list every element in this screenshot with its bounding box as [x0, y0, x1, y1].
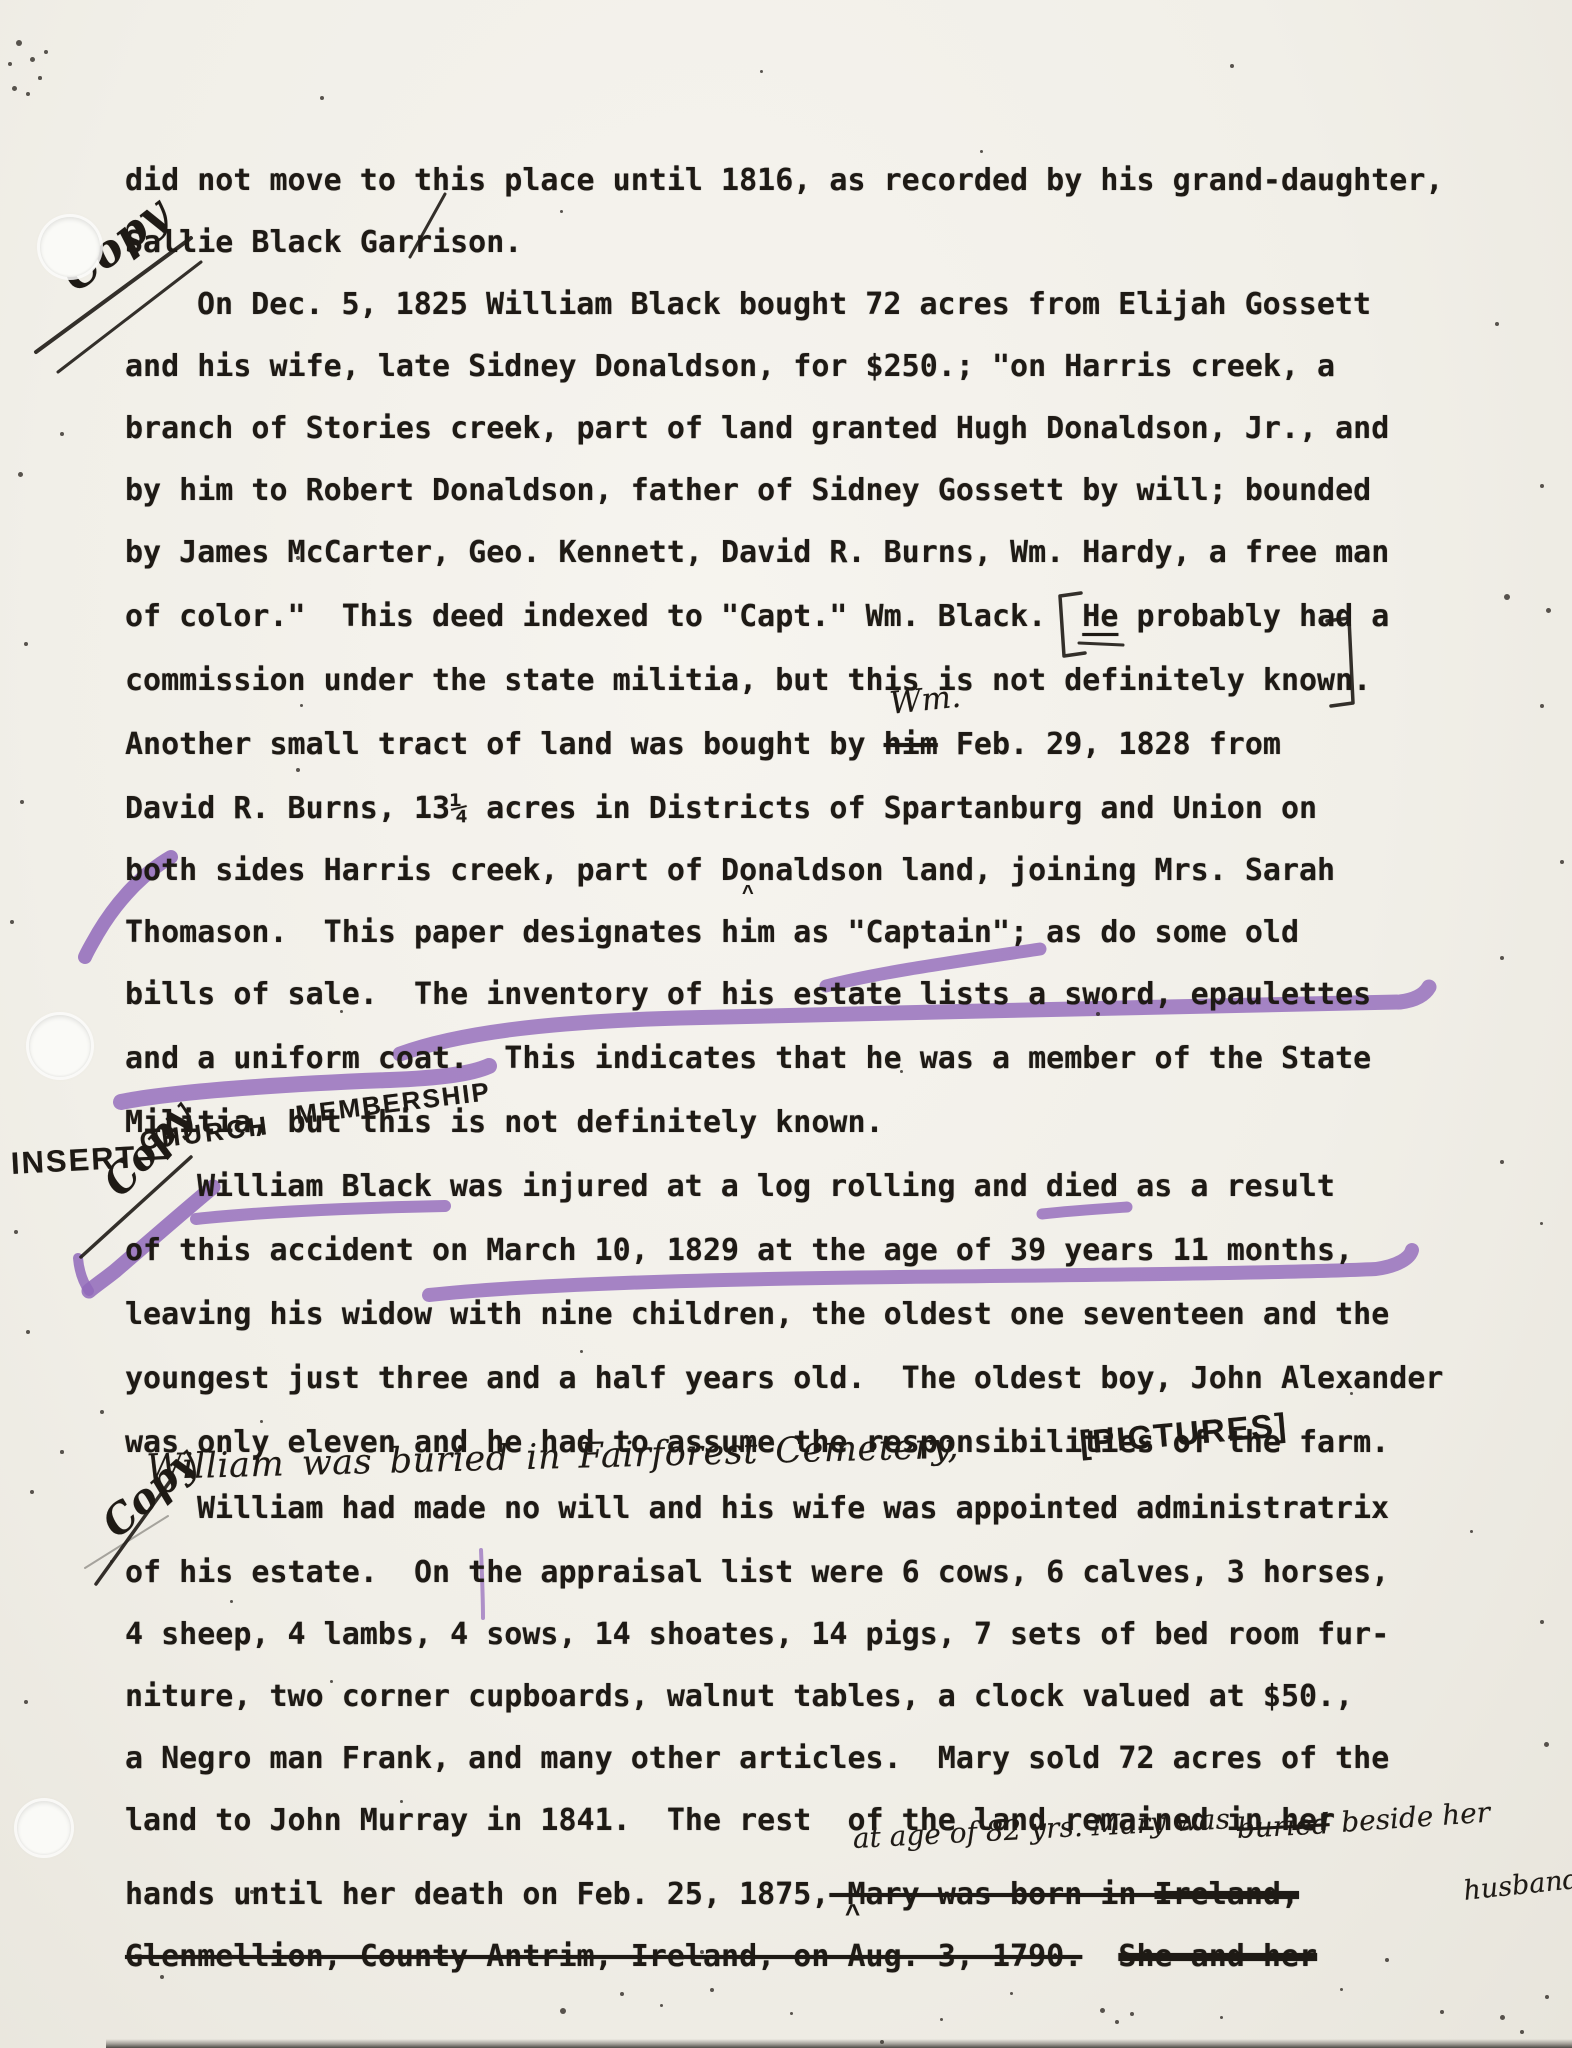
- beside-note: beside her: [1340, 1796, 1491, 1839]
- toner-speck: [1010, 1992, 1013, 1995]
- toner-speck: [1544, 1742, 1549, 1747]
- toner-speck: [18, 472, 23, 477]
- toner-speck: [1504, 594, 1510, 600]
- typed-segment-strike: Mary was born in: [829, 1877, 1154, 1912]
- toner-speck: [1340, 1988, 1343, 1991]
- typed-line-23: of his estate. On the appraisal list wer…: [125, 1554, 1389, 1592]
- toner-speck: [1540, 1620, 1544, 1624]
- typed-segment: leaving his widow with nine children, th…: [125, 1297, 1389, 1332]
- caret-him-as: ^: [742, 882, 754, 905]
- typed-segment: by James McCarter, Geo. Kennett, David R…: [125, 535, 1389, 570]
- toner-speck: [100, 1410, 104, 1414]
- toner-speck: [110, 1560, 113, 1563]
- toner-speck: [900, 1070, 903, 1073]
- typed-line-18: of this accident on March 10, 1829 at th…: [125, 1232, 1353, 1270]
- toner-speck: [1230, 64, 1234, 68]
- typed-segment: William Black was injured at a log rolli…: [197, 1169, 1335, 1204]
- toner-speck: [1540, 704, 1544, 708]
- typed-segment: 4 sheep, 4 lambs, 4 sows, 14 shoates, 14…: [125, 1617, 1389, 1652]
- typed-segment: a Negro man Frank, and many other articl…: [125, 1741, 1389, 1776]
- typed-line-9: commission under the state militia, but …: [125, 662, 1371, 700]
- typed-segment: niture, two corner cupboards, walnut tab…: [125, 1679, 1353, 1714]
- toner-speck: [250, 1890, 254, 1894]
- toner-speck: [20, 800, 24, 804]
- typed-segment: commission under the state militia, but …: [125, 663, 1371, 698]
- typed-segment: and a uniform coat. This indicates that …: [125, 1041, 1371, 1076]
- toner-speck: [16, 40, 22, 46]
- typed-segment: [1082, 1939, 1118, 1974]
- toner-speck: [940, 2018, 943, 2021]
- typed-segment: Sallie Black Garrison.: [125, 225, 522, 260]
- typed-line-17: William Black was injured at a log rolli…: [197, 1168, 1335, 1206]
- toner-speck: [1540, 484, 1544, 488]
- toner-speck: [1500, 1160, 1504, 1164]
- typed-segment: bills of sale. The inventory of his esta…: [125, 977, 1371, 1012]
- typed-segment: of his estate. On the appraisal list wer…: [125, 1555, 1389, 1590]
- toner-speck: [1560, 860, 1564, 864]
- toner-speck: [296, 556, 300, 560]
- toner-speck: [26, 1330, 30, 1334]
- typed-segment: and his wife, late Sidney Donaldson, for…: [125, 349, 1335, 384]
- typed-line-11: David R. Burns, 13¼ acres in Districts o…: [125, 790, 1317, 828]
- toner-speck: [320, 96, 324, 100]
- typed-segment: Thomason. This paper designates him as "…: [125, 915, 1299, 950]
- toner-speck: [330, 1680, 333, 1683]
- typed-segment: On Dec. 5, 1825 William Black bought 72 …: [197, 287, 1371, 322]
- typed-segment: Feb. 29, 1828 from: [938, 727, 1281, 762]
- typed-line-26: a Negro man Frank, and many other articl…: [125, 1740, 1389, 1778]
- typed-segment-strike: him: [884, 727, 938, 762]
- typed-segment: youngest just three and a half years old…: [125, 1361, 1444, 1396]
- buried-struck-note: buried: [1236, 1807, 1330, 1845]
- typed-segment: branch of Stories creek, part of land gr…: [125, 411, 1389, 446]
- toner-speck: [1000, 1960, 1004, 1964]
- toner-speck: [160, 1975, 164, 1979]
- toner-speck: [1545, 1995, 1549, 1999]
- typed-segment: of this accident on March 10, 1829 at th…: [125, 1233, 1353, 1268]
- typed-line-20: youngest just three and a half years old…: [125, 1360, 1444, 1398]
- hole-punch-2: [29, 1015, 91, 1077]
- typed-line-13: Thomason. This paper designates him as "…: [125, 914, 1299, 952]
- toner-speck: [296, 768, 300, 772]
- toner-speck: [1100, 2008, 1105, 2013]
- toner-speck: [1220, 2016, 1223, 2019]
- typed-line-10: Another small tract of land was bought b…: [125, 726, 1281, 764]
- toner-speck: [60, 1450, 64, 1454]
- toner-speck: [350, 1500, 354, 1504]
- toner-speck: [760, 70, 763, 73]
- toner-speck: [300, 704, 303, 707]
- typed-segment-strike2: She and her: [1118, 1939, 1317, 1974]
- toner-speck: [1350, 1392, 1353, 1395]
- hole-punch-3: [17, 1801, 71, 1855]
- typed-line-12: both sides Harris creek, part of Donalds…: [125, 852, 1335, 890]
- typed-segment: by him to Robert Donaldson, father of Si…: [125, 473, 1371, 508]
- toner-speck: [660, 2004, 663, 2007]
- toner-speck: [560, 210, 563, 213]
- husband-note: husband,: [1462, 1863, 1572, 1907]
- toner-speck: [1096, 1012, 1100, 1016]
- toner-speck: [1440, 2010, 1444, 2014]
- toner-speck: [580, 1350, 583, 1353]
- typed-segment: did not move to this place until 1816, a…: [125, 163, 1444, 198]
- toner-speck: [1500, 2015, 1505, 2020]
- typed-segment-strike: Glenmellion, County Antrim, Ireland, on …: [125, 1939, 1082, 1974]
- typed-line-29: Glenmellion, County Antrim, Ireland, on …: [125, 1938, 1317, 1976]
- toner-speck: [980, 150, 983, 153]
- typed-line-1: did not move to this place until 1816, a…: [125, 162, 1444, 200]
- toner-speck: [1495, 322, 1499, 326]
- toner-speck: [710, 1988, 714, 1992]
- toner-speck: [1130, 2012, 1134, 2016]
- toner-speck: [26, 92, 30, 96]
- typed-line-14: bills of sale. The inventory of his esta…: [125, 976, 1371, 1014]
- toner-speck: [10, 920, 14, 924]
- toner-speck: [1500, 956, 1504, 960]
- caret-1875: ^: [845, 1898, 860, 1929]
- toner-speck: [1546, 608, 1551, 613]
- typed-line-3: On Dec. 5, 1825 William Black bought 72 …: [197, 286, 1371, 324]
- toner-speck: [1520, 2030, 1524, 2034]
- typed-segment: William had made no will and his wife wa…: [197, 1491, 1389, 1526]
- scan-bottom-edge: [106, 2039, 1572, 2048]
- typed-line-24: 4 sheep, 4 lambs, 4 sows, 14 shoates, 14…: [125, 1616, 1389, 1654]
- toner-speck: [1470, 1530, 1473, 1533]
- toner-speck: [340, 1010, 343, 1013]
- toner-speck: [12, 86, 17, 91]
- typed-segment: both sides Harris creek, part of Donalds…: [125, 853, 1335, 888]
- typed-segment: Another small tract of land was bought b…: [125, 727, 884, 762]
- typed-line-28: hands until her death on Feb. 25, 1875, …: [125, 1876, 1299, 1914]
- toner-speck: [24, 1700, 28, 1704]
- margin-check-2-foot: [78, 1258, 89, 1291]
- toner-speck: [30, 57, 35, 62]
- typed-segment-underline: He: [1082, 599, 1118, 634]
- toner-speck: [560, 2008, 566, 2014]
- typed-segment: probably had a: [1118, 599, 1389, 634]
- typed-segment: David R. Burns, 13¼ acres in Districts o…: [125, 791, 1317, 826]
- toner-speck: [260, 1420, 263, 1423]
- typed-line-15: and a uniform coat. This indicates that …: [125, 1040, 1371, 1078]
- william-black-underline: [196, 1206, 445, 1219]
- toner-speck: [700, 1950, 704, 1954]
- toner-speck: [790, 2012, 793, 2015]
- toner-speck: [24, 642, 28, 646]
- toner-speck: [230, 1600, 233, 1603]
- wm-insertion: Wm.: [888, 679, 962, 722]
- toner-speck: [30, 1490, 34, 1494]
- typed-line-7: by James McCarter, Geo. Kennett, David R…: [125, 534, 1389, 572]
- typed-line-6: by him to Robert Donaldson, father of Si…: [125, 472, 1371, 510]
- toner-speck: [38, 76, 42, 80]
- toner-speck: [420, 300, 423, 303]
- died-underline: [1042, 1207, 1127, 1214]
- toner-speck: [14, 1230, 18, 1234]
- typed-segment: of color." This deed indexed to "Capt." …: [125, 599, 1082, 634]
- typed-line-2: Sallie Black Garrison.: [125, 224, 522, 262]
- scanned-document-page: did not move to this place until 1816, a…: [0, 0, 1572, 2048]
- typed-line-22: William had made no will and his wife wa…: [197, 1490, 1389, 1528]
- typed-segment: hands until her death on Feb. 25, 1875,: [125, 1877, 829, 1912]
- toner-speck: [1115, 2020, 1119, 2024]
- typed-segment-strike2: Ireland,: [1155, 1877, 1300, 1912]
- toner-speck: [400, 1800, 403, 1803]
- typed-line-25: niture, two corner cupboards, walnut tab…: [125, 1678, 1353, 1716]
- typed-line-4: and his wife, late Sidney Donaldson, for…: [125, 348, 1335, 386]
- typed-line-5: branch of Stories creek, part of land gr…: [125, 410, 1389, 448]
- toner-speck: [1385, 1958, 1389, 1962]
- toner-speck: [620, 1992, 624, 1996]
- typed-line-8: of color." This deed indexed to "Capt." …: [125, 598, 1389, 636]
- toner-speck: [1540, 1222, 1543, 1225]
- he-underline: [1079, 643, 1123, 645]
- typed-line-19: leaving his widow with nine children, th…: [125, 1296, 1389, 1334]
- toner-speck: [44, 50, 48, 54]
- toner-speck: [60, 432, 64, 436]
- hole-punch-1: [40, 217, 100, 277]
- toner-speck: [8, 62, 12, 66]
